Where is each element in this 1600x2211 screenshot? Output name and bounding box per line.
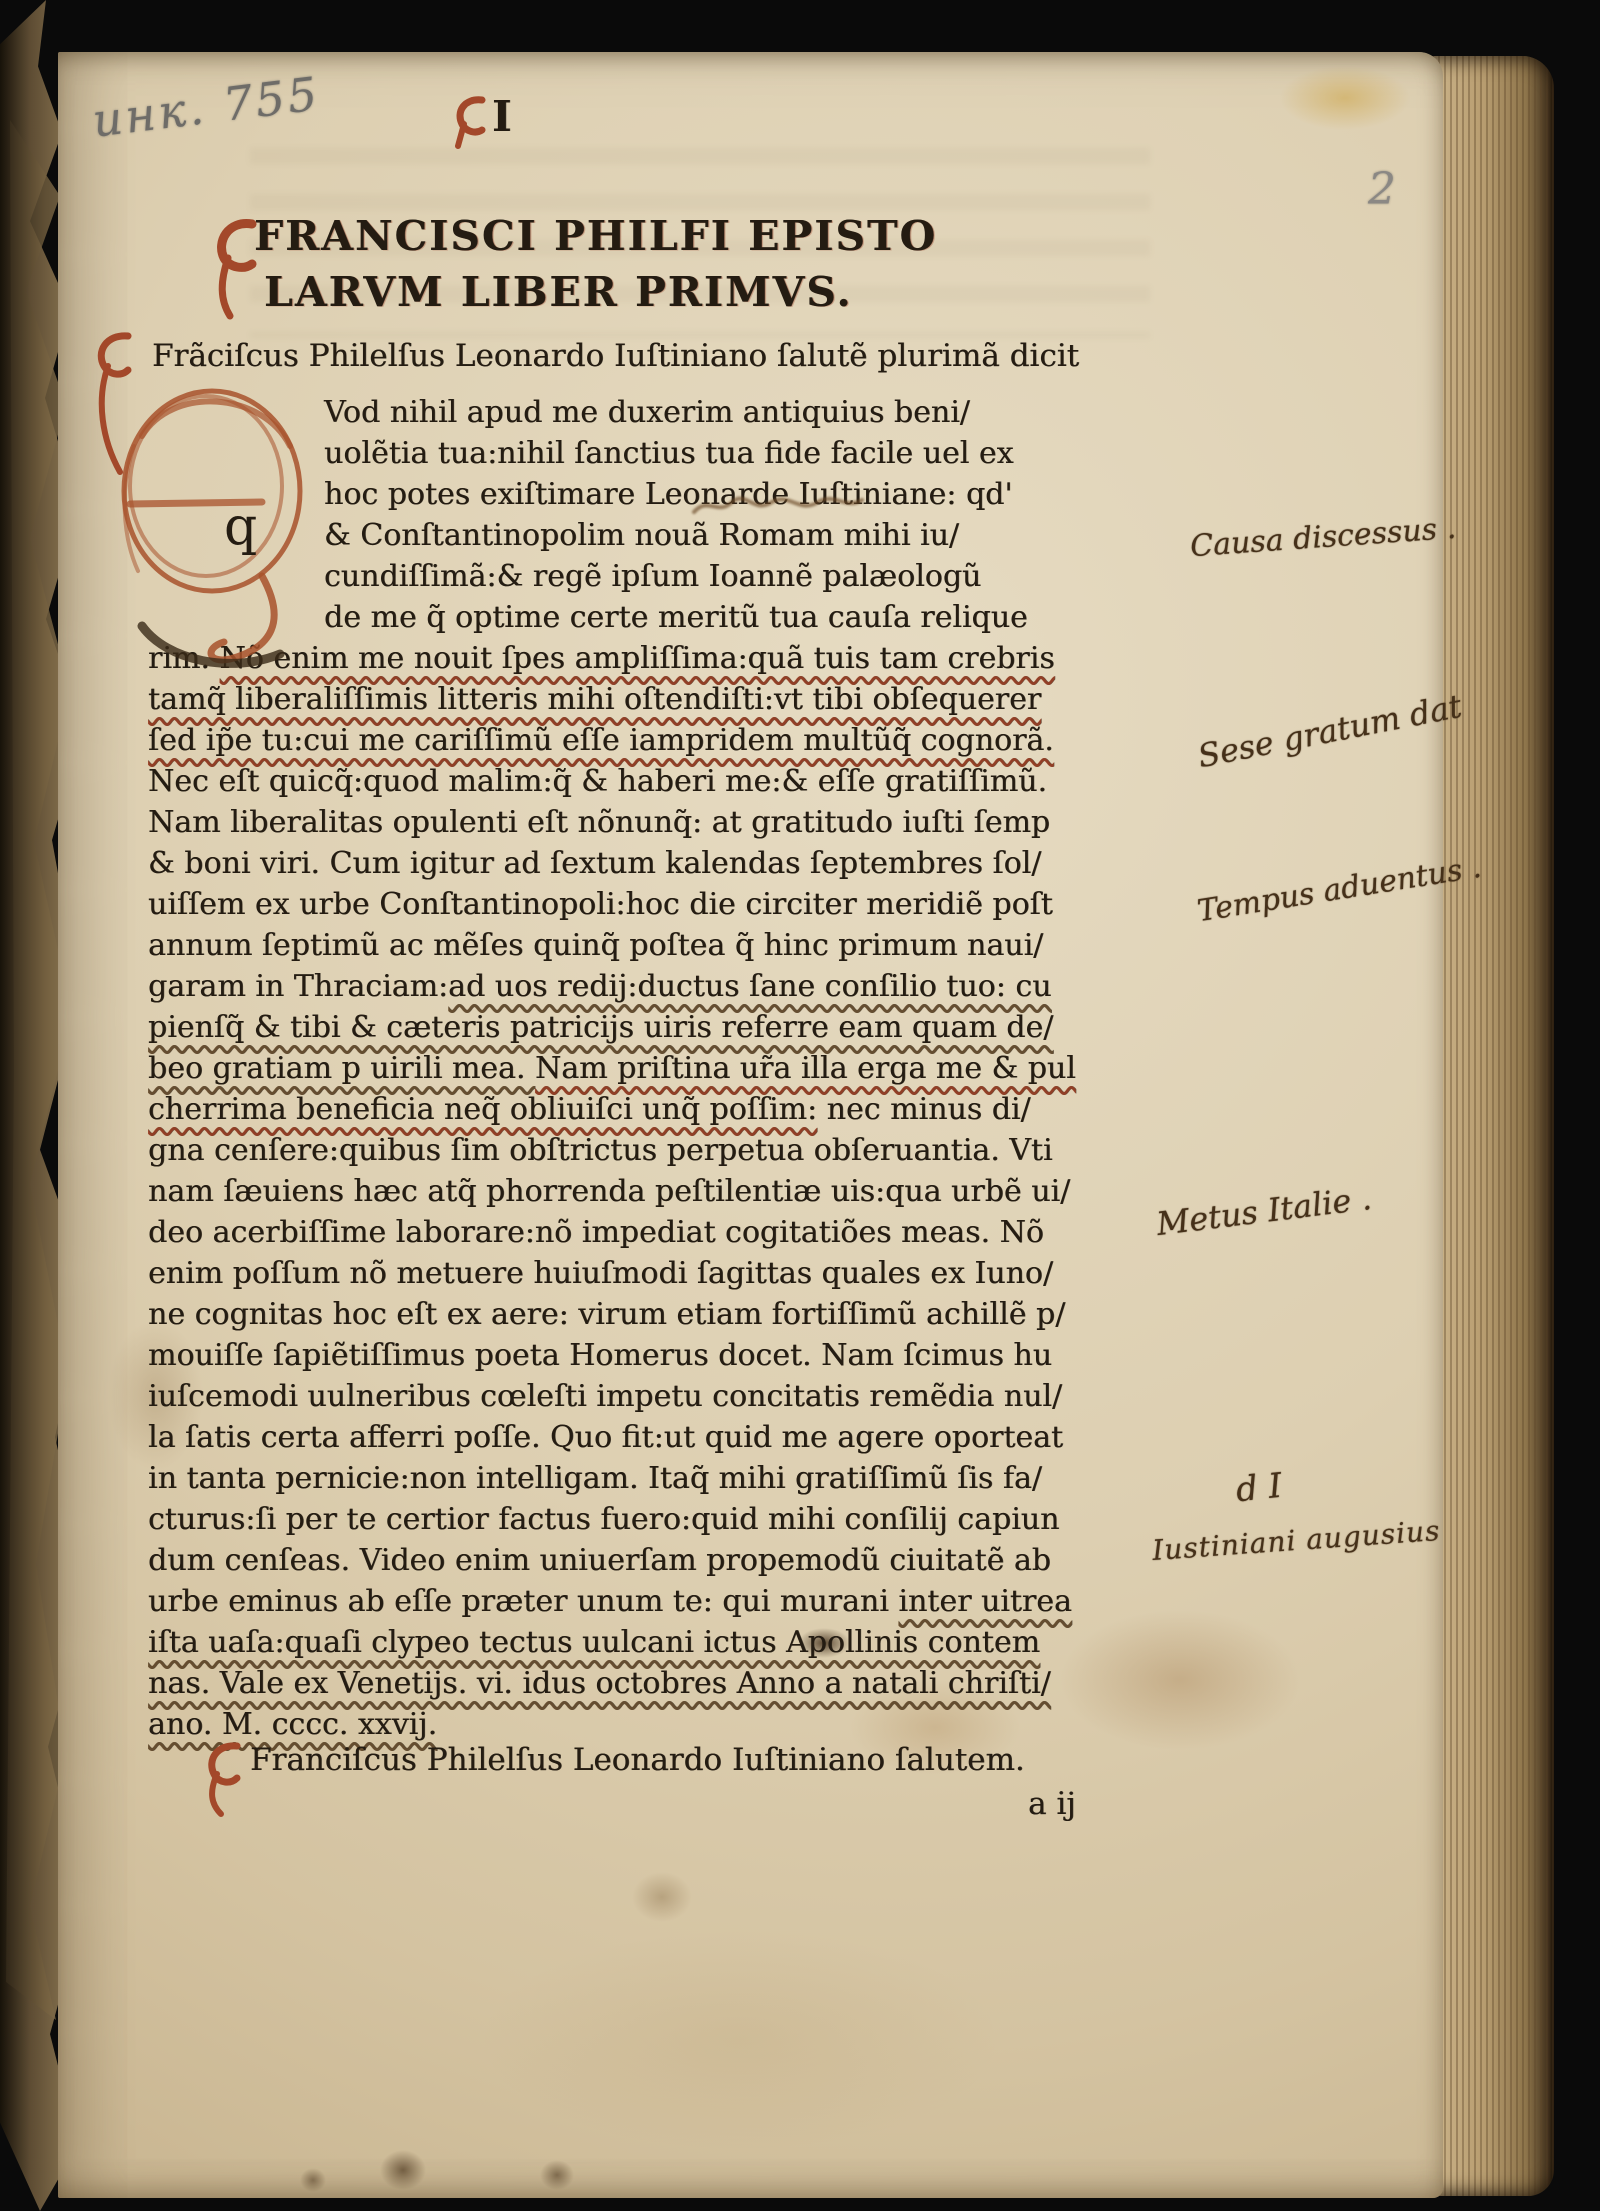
stain <box>480 1930 1000 2150</box>
text-line: iuſcemodi uulneribus cœleſti impetu conc… <box>148 1376 1076 1417</box>
text-line: nas. Vale ex Venetijs. vi. idus octobres… <box>148 1663 1076 1704</box>
title-line-2: LARVM LIBER PRIMVS. <box>264 268 853 316</box>
stain <box>1280 66 1410 130</box>
text-line: tamq̃ liberaliſſimis litteris mihi oſten… <box>148 679 1076 720</box>
text-line: enim poſſum nõ metuere huiuſmodi ſagitta… <box>148 1253 1076 1294</box>
text-line: cundiſſimã:& regẽ ipſum Ioannẽ palæologũ <box>324 556 1076 597</box>
closing-pilcrow-icon <box>203 1738 249 1818</box>
text-line: gna cenſere:quibus ſim obſtrictus perpet… <box>148 1130 1076 1171</box>
text-line: cherrima beneficia neq̃ obliuiſci unq̃ p… <box>148 1089 1076 1130</box>
text-line: deo acerbiſſime laborare:nõ impediat cog… <box>148 1212 1076 1253</box>
text-line: garam in Thraciam:ad uos redij:ductus ſa… <box>148 966 1076 1007</box>
marginal-note: d I <box>1234 1466 1284 1511</box>
text-line: iſta uaſa:quaſi clypeo tectus uulcani ic… <box>148 1622 1076 1663</box>
text-line: pienſq̃ & tibi & cæteris patricijs uiris… <box>148 1007 1076 1048</box>
text-line: urbe eminus ab eſſe præter unum te: qui … <box>148 1581 1076 1622</box>
title-line-1: FRANCISCI PHILFI EPISTO <box>254 212 937 260</box>
title-pilcrow-icon <box>212 216 266 320</box>
stain <box>1060 1610 1300 1750</box>
text-line: dum cenſeas. Video enim uniuerſam propem… <box>148 1540 1076 1581</box>
stain <box>540 2160 574 2190</box>
text-line: uolẽtia tua:nihil ſanctius tua fide faci… <box>324 433 1076 474</box>
photo-backdrop: инк. 755 2 I FRANCISCI PHILFI EPISTO LAR… <box>0 0 1600 2211</box>
text-line: nam ſæuiens hæc atq̃ phorrenda peſtilent… <box>148 1171 1076 1212</box>
text-line: beo gratiam p uirili mea. Nam priſtina u… <box>148 1048 1076 1089</box>
text-line: in tanta pernicie:non intelligam. Itaq̃ … <box>148 1458 1076 1499</box>
folio-mark: I <box>492 92 512 141</box>
quire-signature: a ij <box>1028 1786 1076 1822</box>
text-line: ſed ip̃e tu:cui me cariſſimũ eſſe iampri… <box>148 720 1076 761</box>
text-line: uiſſem ex urbe Conſtantinopoli:hoc die c… <box>148 884 1076 925</box>
stain <box>300 2168 326 2192</box>
text-line: de me q̃ optime certe meritũ tua cauſa r… <box>324 597 1076 638</box>
closing-line: Franciſcus Philelſus Leonardo Iuſtiniano… <box>250 1742 1025 1778</box>
stain <box>632 1872 692 1922</box>
interlinear-correction <box>688 488 868 522</box>
text-line: mouiſſe ſapiẽtiſſimus poeta Homerus doce… <box>148 1335 1076 1376</box>
text-line: la ſatis certa afferri poſſe. Quo fit:ut… <box>148 1417 1076 1458</box>
text-line: annum ſeptimũ ac mẽſes quinq̃ poſtea q̃ … <box>148 925 1076 966</box>
text-line: ne cognitas hoc eſt ex aere: virum etiam… <box>148 1294 1076 1335</box>
text-line: Vod nihil apud me duxerim antiquius beni… <box>324 392 1076 433</box>
page-number: 2 <box>1368 164 1396 215</box>
text-line: Nam liberalitas opulenti eſt nõnunq̃: at… <box>148 802 1076 843</box>
drop-cap-guide-letter: q <box>224 497 257 557</box>
salutation-line: Frãciſcus Philelſus Leonardo Iuſtiniano … <box>152 338 1079 374</box>
text-line: cturus:ſi per te certior factus fuero:qu… <box>148 1499 1076 1540</box>
book-fore-edge <box>1428 56 1554 2196</box>
folio-pilcrow-icon <box>450 94 494 150</box>
text-line: & boni viri. Cum igitur ad ſextum kalend… <box>148 843 1076 884</box>
stain <box>380 2150 426 2190</box>
text-line: Nec eſt quicq̃:quod malim:q̃ & haberi me… <box>148 761 1076 802</box>
drop-cap-q-initial: q <box>112 376 327 676</box>
text-line: ano. M. cccc. xxvij. <box>148 1704 1076 1745</box>
